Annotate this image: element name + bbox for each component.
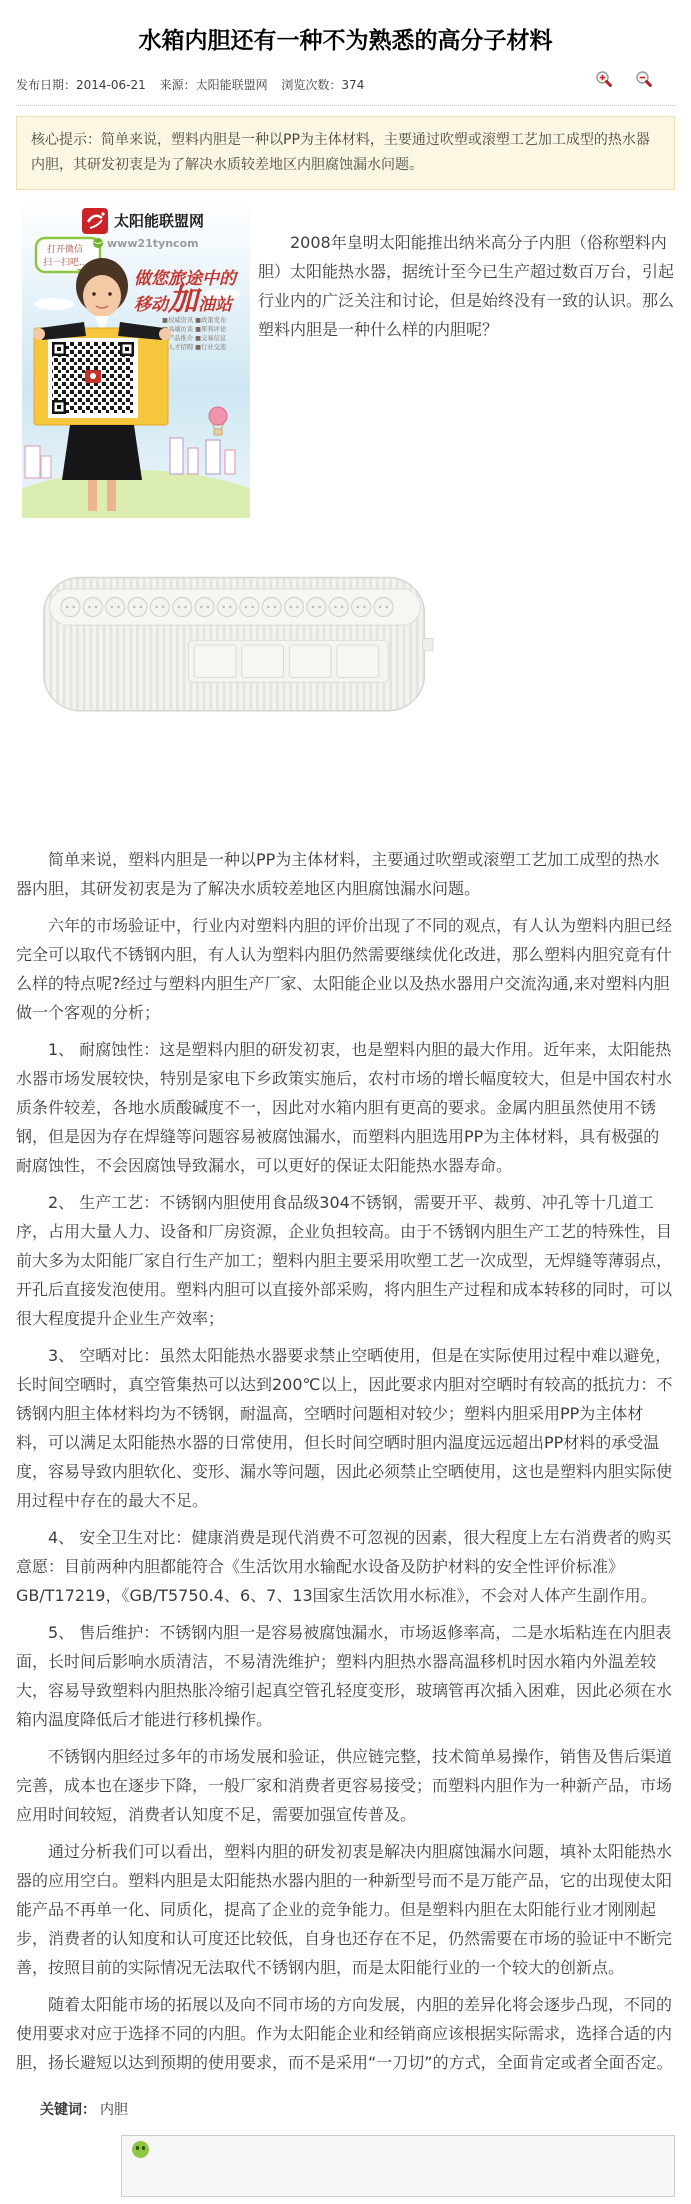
article-paragraph: 4、 安全卫生对比：健康消费是现代消费不可忽视的因素，很大程度上左右消费者的购买… [16, 1523, 675, 1610]
keywords-label: 关键词： [40, 2102, 96, 2118]
keywords-row: 关键词：内胆 [40, 2099, 675, 2119]
article-paragraph: 通过分析我们可以看出，塑料内胆的研发初衷是解决内胆腐蚀漏水问题，填补太阳能热水器… [16, 1837, 675, 1982]
article-paragraph: 1、 耐腐蚀性：这是塑料内胆的研发初衷，也是塑料内胆的最大作用。近年来，太阳能热… [16, 1035, 675, 1180]
comment-box[interactable] [121, 2135, 675, 2197]
product-image [36, 568, 675, 803]
smiley-icon [132, 2141, 149, 2158]
promo-image: 打开微信 扫一扫吧... 太阳能联盟网 www21tyncom [22, 198, 250, 518]
tank-pipe-stub [422, 638, 432, 650]
font-zoom-controls [587, 70, 663, 91]
article-paragraph: 5、 售后维护：不锈钢内胆一是容易被腐蚀漏水，市场返修率高，二是水垢粘连在内胆表… [16, 1618, 675, 1734]
brand-logo: 太阳能联盟网 www21tyncom [82, 208, 204, 250]
publish-date: 发布日期：2014-06-21 [16, 78, 146, 92]
article-page: 水箱内胆还有一种不为熟悉的高分子材料 发布日期：2014-06-21 来源：太阳… [0, 0, 691, 2204]
svg-text:■产品推介 ■交易信息: ■产品推介 ■交易信息 [162, 333, 227, 342]
intro-section: 打开微信 扫一扫吧... 太阳能联盟网 www21tyncom [16, 198, 675, 518]
article-source: 来源：太阳能联盟网 [160, 78, 268, 92]
svg-text:■高端访谈 ■犀利评论: ■高端访谈 ■犀利评论 [162, 324, 227, 333]
keyword-link[interactable]: 内胆 [100, 2102, 128, 2118]
svg-text:■人才招聘 ■行业交流: ■人才招聘 ■行业交流 [162, 342, 227, 351]
tank-body [44, 578, 433, 711]
page-title: 水箱内胆还有一种不为熟悉的高分子材料 [16, 0, 675, 68]
zoom-in-icon[interactable] [595, 70, 613, 88]
tank-port-row [61, 597, 393, 616]
article-paragraph: 随着太阳能市场的拓展以及向不同市场的方向发展，内胆的差异化将会逐步凸现，不同的使… [16, 1990, 675, 2077]
svg-text:■权威资讯 ■政策发布: ■权威资讯 ■政策发布 [162, 315, 227, 324]
svg-text:太阳能联盟网: 太阳能联盟网 [114, 212, 204, 230]
article-paragraph: 六年的市场验证中，行业内对塑料内胆的评价出现了不同的观点，有人认为塑料内胆已经完… [16, 911, 675, 1027]
article-meta: 发布日期：2014-06-21 来源：太阳能联盟网 浏览次数：374 [16, 68, 675, 106]
zoom-out-icon[interactable] [635, 70, 653, 88]
article-paragraph: 2、 生产工艺：不锈钢内胆使用食品级304不锈钢，需要开平、裁剪、冲孔等十几道工… [16, 1188, 675, 1333]
article-paragraph: 不锈钢内胆经过多年的市场发展和验证，供应链完整，技术简单易操作，销售及售后渠道完… [16, 1742, 675, 1829]
article-paragraph: 3、 空晒对比：虽然太阳能热水器要求禁止空晒使用，但是在实际使用过程中难以避免，… [16, 1341, 675, 1515]
core-tip-box: 核心提示：简单来说，塑料内胆是一种以PP为主体材料，主要通过吹塑或滚塑工艺加工成… [16, 116, 675, 190]
article-paragraph: 简单来说，塑料内胆是一种以PP为主体材料，主要通过吹塑或滚塑工艺加工成型的热水器… [16, 845, 675, 903]
article-body: 简单来说，塑料内胆是一种以PP为主体材料，主要通过吹塑或滚塑工艺加工成型的热水器… [16, 845, 675, 2077]
view-count: 浏览次数：374 [281, 78, 364, 92]
svg-text:扫一扫吧...: 扫一扫吧... [43, 256, 88, 268]
svg-text:打开微信: 打开微信 [47, 243, 83, 255]
qr-board [34, 328, 168, 425]
svg-text:www21tyncom: www21tyncom [107, 237, 199, 250]
